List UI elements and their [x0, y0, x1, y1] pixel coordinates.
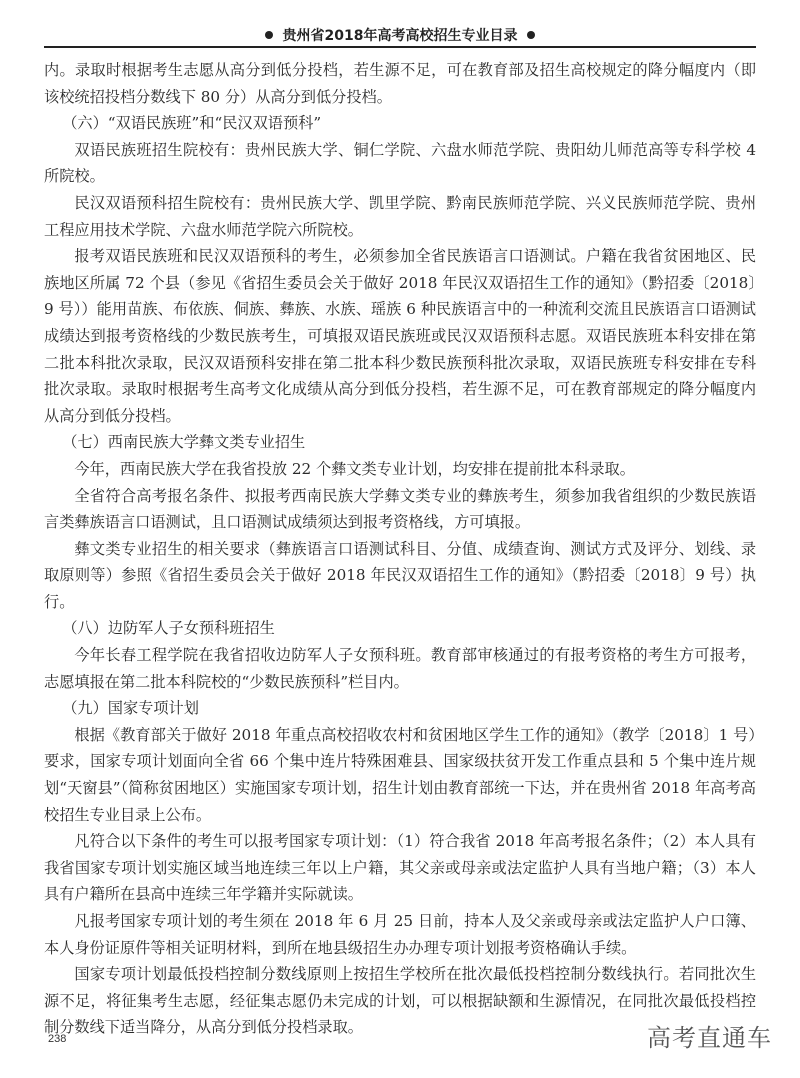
header-title: 贵州省2018年高考高校招生专业目录	[283, 25, 518, 45]
paragraph: 全省符合高考报名条件、拟报考西南民族大学彝文类专业的彝族考生，须参加我省组织的少…	[44, 483, 756, 536]
document-body: 内。录取时根据考生志愿从高分到低分投档，若生源不足，可在教育部及招生高校规定的降…	[44, 57, 756, 1041]
section-heading-9: （九）国家专项计划	[44, 695, 756, 722]
paragraph: 今年，西南民族大学在我省投放 22 个彝文类专业计划，均安排在提前批本科录取。	[44, 456, 756, 483]
section-heading-6: （六）“双语民族班”和“民汉双语预科”	[44, 110, 756, 137]
bullet-dot-icon	[265, 31, 273, 39]
paragraph: 今年长春工程学院在我省招收边防军人子女预科班。教育部审核通过的有报考资格的考生方…	[44, 642, 756, 695]
paragraph: 凡符合以下条件的考生可以报考国家专项计划：（1）符合我省 2018 年高考报名条…	[44, 828, 756, 908]
bullet-dot-icon	[527, 31, 535, 39]
paragraph: 报考双语民族班和民汉双语预科的考生，必须参加全省民族语言口语测试。户籍在我省贫困…	[44, 243, 756, 429]
paragraph: 双语民族班招生院校有：贵州民族大学、铜仁学院、六盘水师范学院、贵阳幼儿师范高等专…	[44, 137, 756, 190]
watermark-text: 高考直通车	[647, 1018, 772, 1053]
header-rule	[44, 46, 756, 48]
paragraph-continuation: 内。录取时根据考生志愿从高分到低分投档，若生源不足，可在教育部及招生高校规定的降…	[44, 57, 756, 110]
running-header: 贵州省2018年高考高校招生专业目录	[44, 22, 756, 48]
section-heading-8: （八）边防军人子女预科班招生	[44, 615, 756, 642]
paragraph: 根据《教育部关于做好 2018 年重点高校招收农村和贫困地区学生工作的通知》（教…	[44, 722, 756, 828]
paragraph: 民汉双语预科招生院校有：贵州民族大学、凯里学院、黔南民族师范学院、兴义民族师范学…	[44, 190, 756, 243]
paragraph: 彝文类专业招生的相关要求（彝族语言口语测试科目、分值、成绩查询、测试方式及评分、…	[44, 536, 756, 616]
page-number: 238	[48, 1033, 66, 1045]
paragraph: 凡报考国家专项计划的考生须在 2018 年 6 月 25 日前，持本人及父亲或母…	[44, 908, 756, 961]
section-heading-7: （七）西南民族大学彝文类专业招生	[44, 429, 756, 456]
